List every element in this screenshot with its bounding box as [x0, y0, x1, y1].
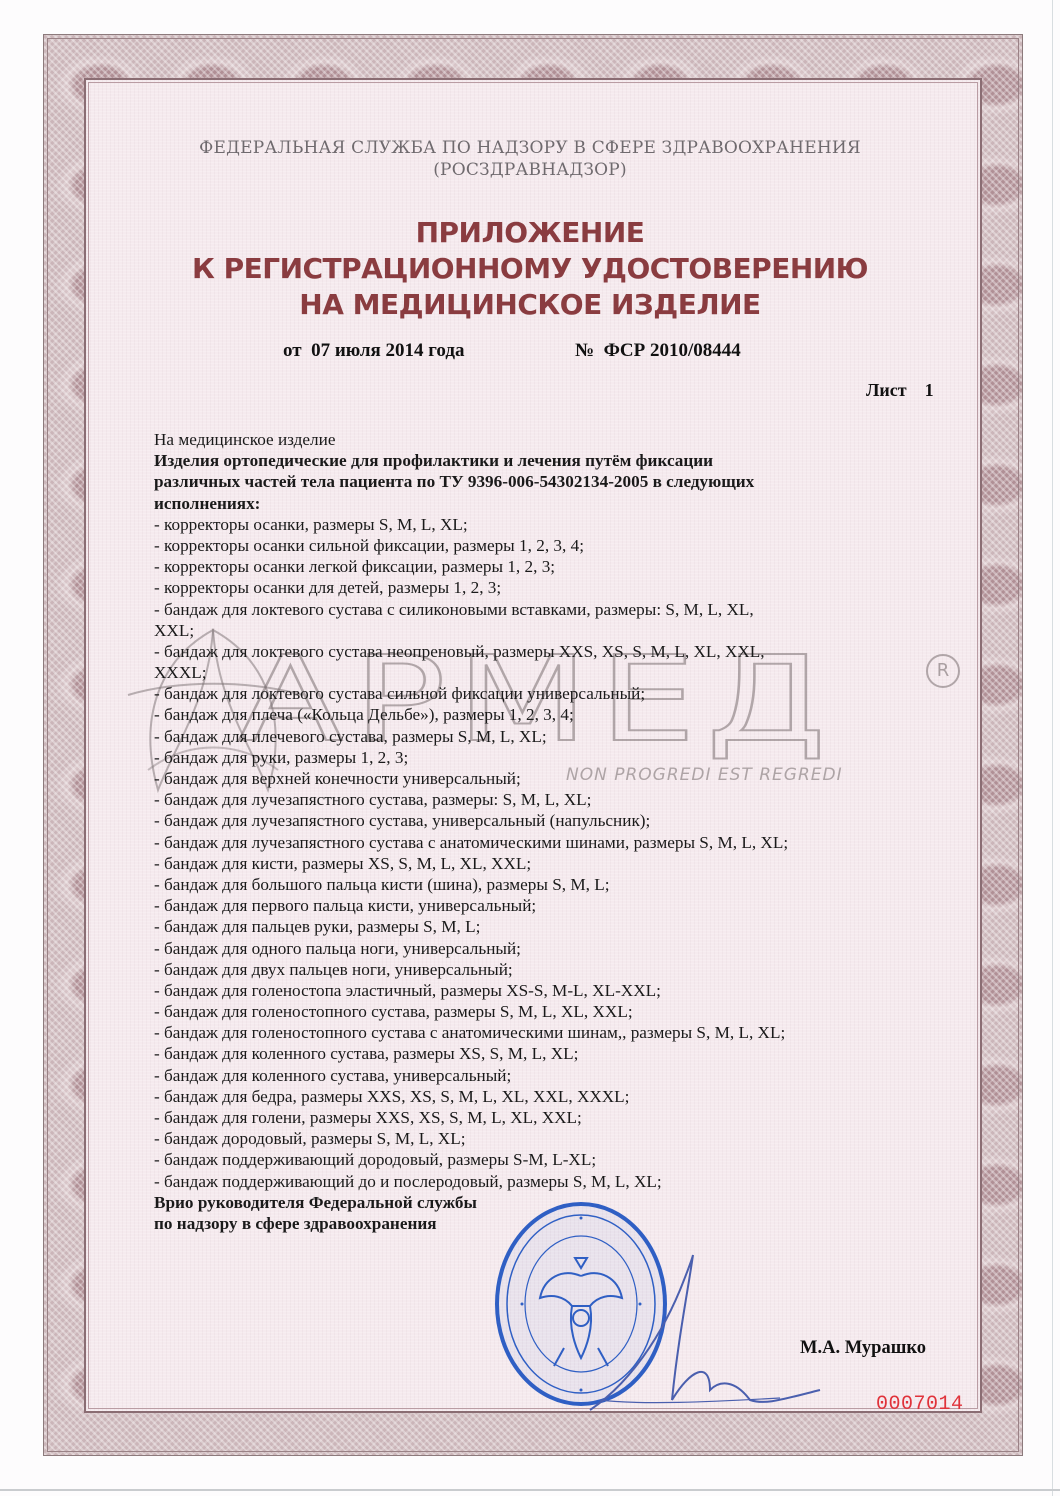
agency-name: ФЕДЕРАЛЬНАЯ СЛУЖБА ПО НАДЗОРУ В СФЕРЕ ЗД…: [0, 137, 1060, 159]
product-variant-item: - корректоры осанки легкой фиксации, раз…: [154, 556, 954, 577]
product-name-line: различных частей тела пациента по ТУ 939…: [154, 471, 954, 492]
product-variant-list: - корректоры осанки, размеры S, M, L, XL…: [154, 514, 954, 1192]
product-variant-item: - бандаж для лучезапястного сустава, уни…: [154, 810, 954, 831]
product-variant-item: - бандаж поддерживающий дородовый, разме…: [154, 1149, 954, 1170]
product-variant-item: - бандаж для локтевого сустава с силикон…: [154, 599, 954, 620]
document-body: На медицинское изделие Изделия ортопедич…: [154, 429, 954, 1234]
product-variant-item: - бандаж для голеностопного сустава с ан…: [154, 1022, 954, 1043]
product-variant-item: - бандаж для пальцев руки, размеры S, M,…: [154, 916, 954, 937]
product-name-line: Изделия ортопедические для профилактики …: [154, 450, 954, 471]
product-variant-item: - бандаж для верхней конечности универса…: [154, 768, 954, 789]
product-variant-item: - бандаж для двух пальцев ноги, универса…: [154, 959, 954, 980]
product-variant-item: - бандаж для бедра, размеры XXS, XS, S, …: [154, 1086, 954, 1107]
product-variant-item: XXL;: [154, 620, 954, 641]
product-variant-item: - бандаж для первого пальца кисти, униве…: [154, 895, 954, 916]
product-variant-item: - бандаж поддерживающий до и послеродовы…: [154, 1171, 954, 1192]
product-name-line: исполнениях:: [154, 493, 954, 514]
document-subtitle-1: К РЕГИСТРАЦИОННОМУ УДОСТОВЕРЕНИЮ: [0, 251, 1060, 287]
intro-label: На медицинское изделие: [154, 429, 954, 450]
document-title: ПРИЛОЖЕНИЕ: [0, 215, 1060, 251]
product-variant-item: - бандаж для коленного сустава, универса…: [154, 1065, 954, 1086]
product-variant-item: - бандаж для голеностопа эластичный, раз…: [154, 980, 954, 1001]
issue-date: от 07 июля 2014 года: [283, 340, 464, 362]
agency-abbreviation: (РОСЗДРАВНАДЗОР): [0, 159, 1060, 181]
product-variant-item: - бандаж для коленного сустава, размеры …: [154, 1043, 954, 1064]
handwritten-signature-icon: [560, 1250, 840, 1420]
product-variant-item: - бандаж для большого пальца кисти (шина…: [154, 874, 954, 895]
product-variant-item: - бандаж для лучезапястного сустава с ан…: [154, 832, 954, 853]
product-variant-item: - корректоры осанки, размеры S, M, L, XL…: [154, 514, 954, 535]
scan-edge-bottom: [0, 1489, 1060, 1491]
product-variant-item: - бандаж для голени, размеры XXS, XS, S,…: [154, 1107, 954, 1128]
product-variant-item: - корректоры осанки сильной фиксации, ра…: [154, 535, 954, 556]
product-variant-item: - бандаж для локтевого сустава неопренов…: [154, 641, 954, 662]
product-variant-item: - бандаж для одного пальца ноги, универс…: [154, 938, 954, 959]
product-variant-item: - бандаж для кисти, размеры XS, S, M, L,…: [154, 853, 954, 874]
product-variant-item: - бандаж для руки, размеры 1, 2, 3;: [154, 747, 954, 768]
product-variant-item: XXXL;: [154, 662, 954, 683]
serial-number: 0007014: [876, 1393, 964, 1416]
product-variant-item: - бандаж для локтевого сустава сильной ф…: [154, 683, 954, 704]
product-variant-item: - бандаж для лучезапястного сустава, раз…: [154, 789, 954, 810]
product-variant-item: - корректоры осанки для детей, размеры 1…: [154, 577, 954, 598]
signer-name: М.А. Мурашко: [800, 1338, 926, 1359]
document-subtitle-2: НА МЕДИЦИНСКОЕ ИЗДЕЛИЕ: [0, 287, 1060, 323]
product-variant-item: - бандаж для плеча («Кольца Дельбе»), ра…: [154, 704, 954, 725]
product-variant-item: - бандаж для плечевого сустава, размеры …: [154, 726, 954, 747]
product-variant-item: - бандаж для голеностопного сустава, раз…: [154, 1001, 954, 1022]
registration-number: № ФСР 2010/08444: [575, 340, 741, 362]
product-variant-item: - бандаж дородовый, размеры S, M, L, XL;: [154, 1128, 954, 1149]
sheet-number: Лист 1: [866, 380, 934, 401]
